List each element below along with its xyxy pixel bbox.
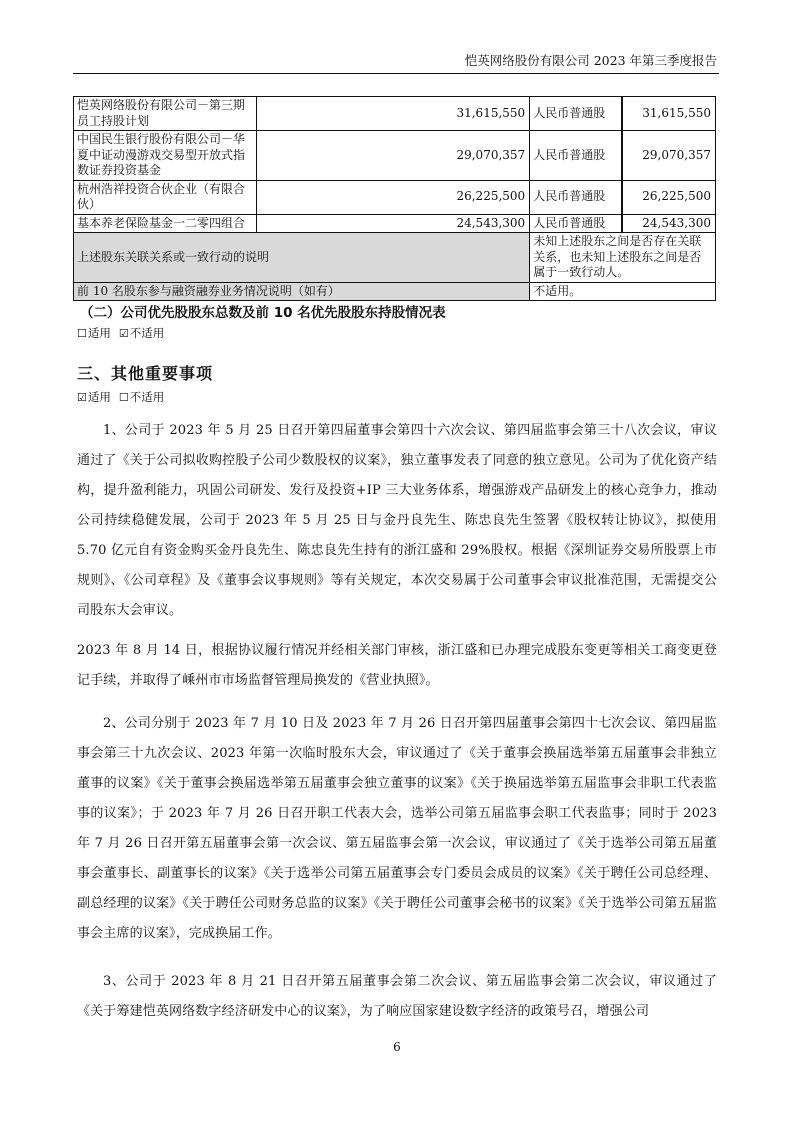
margin-trading-label: 前 10 名股东参与融资融券业务情况说明（如有） [74,282,530,301]
share-type: 人民币普通股 [530,180,622,214]
paragraph-item-2: 2、公司分别于 2023 年 7 月 10 日及 2023 年 7 月 26 日… [77,709,717,949]
shareholder-name: 杭州浩祥投资合伙企业（有限合伙） [74,180,257,214]
checkbox-checked-icon[interactable]: ☑ [119,327,129,340]
preferred-shareholders-heading: （二）公司优先股股东总数及前 10 名优先股股东持股情况表 [80,301,446,321]
not-applicable-label: 不适用 [130,326,165,340]
share-type: 人民币普通股 [530,131,622,181]
relationship-label: 上述股东关联关系或一致行动的说明 [74,233,530,283]
paragraph-item-1-update: 2023 年 8 月 14 日，根据协议履行情况并经相关部门审核，浙江盛和已办理… [77,636,717,696]
page-header: 恺英网络股份有限公司 2023 年第三季度报告 [73,52,719,74]
share-count: 29,070,357 [622,131,716,181]
checkbox-checked-icon[interactable]: ☑ [77,391,87,404]
table-row: 中国民生银行股份有限公司－华夏中证动漫游戏交易型开放式指数证券投资基金 29,0… [74,131,716,181]
share-type: 人民币普通股 [530,214,622,233]
relationship-value: 未知上述股东之间是否存在关联关系，也未知上述股东之间是否属于一致行动人。 [530,233,716,283]
paragraph-item-1: 1、公司于 2023 年 5 月 25 日召开第四届董事会第四十六次会议、第四届… [77,416,717,626]
share-type: 人民币普通股 [530,97,622,131]
shareholder-table: 恺英网络股份有限公司－第三期员工持股计划 31,615,550 人民币普通股 3… [73,96,716,301]
preferred-applicability: ☐适用☑不适用 [77,325,164,341]
checkbox-unchecked-icon[interactable]: ☐ [77,327,87,340]
paragraph-item-3: 3、公司于 2023 年 8 月 21 日召开第五届董事会第二次会议、第五届监事… [77,967,717,1027]
applicable-label: 适用 [88,326,111,340]
not-applicable-label: 不适用 [130,390,165,404]
shareholder-name: 恺英网络股份有限公司－第三期员工持股计划 [74,97,257,131]
checkbox-unchecked-icon[interactable]: ☐ [119,391,129,404]
share-count: 26,225,500 [622,180,716,214]
table-row: 上述股东关联关系或一致行动的说明 未知上述股东之间是否存在关联关系，也未知上述股… [74,233,716,283]
shares-held: 24,543,300 [256,214,530,233]
page-number: 6 [0,1040,794,1054]
shares-held: 26,225,500 [256,180,530,214]
table-row: 恺英网络股份有限公司－第三期员工持股计划 31,615,550 人民币普通股 3… [74,97,716,131]
table-row: 基本养老保险基金一二零四组合 24,543,300 人民币普通股 24,543,… [74,214,716,233]
table-row: 杭州浩祥投资合伙企业（有限合伙） 26,225,500 人民币普通股 26,22… [74,180,716,214]
other-matters-applicability: ☑适用☐不适用 [77,389,164,405]
other-matters-heading: 三、其他重要事项 [77,361,213,384]
share-count: 31,615,550 [622,97,716,131]
shares-held: 29,070,357 [256,131,530,181]
shareholder-name: 基本养老保险基金一二零四组合 [74,214,257,233]
margin-trading-value: 不适用。 [530,282,716,301]
shares-held: 31,615,550 [256,97,530,131]
share-count: 24,543,300 [622,214,716,233]
table-row: 前 10 名股东参与融资融券业务情况说明（如有） 不适用。 [74,282,716,301]
shareholder-name: 中国民生银行股份有限公司－华夏中证动漫游戏交易型开放式指数证券投资基金 [74,131,257,181]
applicable-label: 适用 [88,390,111,404]
